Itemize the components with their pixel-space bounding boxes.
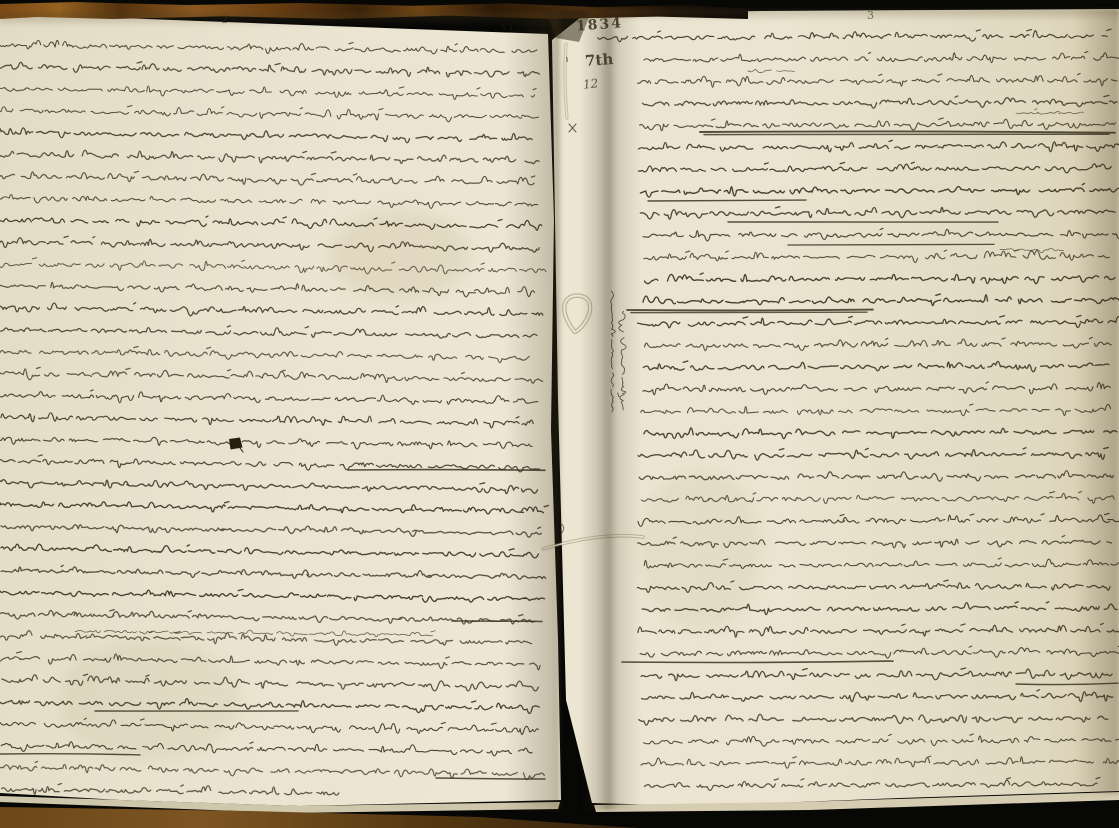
page-edge-shadow [1074,9,1119,794]
page-top-shadow [585,9,1119,21]
manuscript-photo: 2 1834 3 7th 12 [0,0,1119,828]
margin-note-day: 7th [584,50,613,70]
paper-stain [330,210,470,300]
paper-stain [60,640,240,760]
page-top-shadow [0,13,560,27]
paper-stain [640,470,760,630]
margin-note-day-2: 12 [582,76,599,92]
right-page-number: 3 [867,9,874,22]
gutter-crease [580,10,640,810]
left-page-number: 2 [221,13,228,26]
gutter-shade [505,20,560,810]
year-heading: 1834 [575,15,623,34]
